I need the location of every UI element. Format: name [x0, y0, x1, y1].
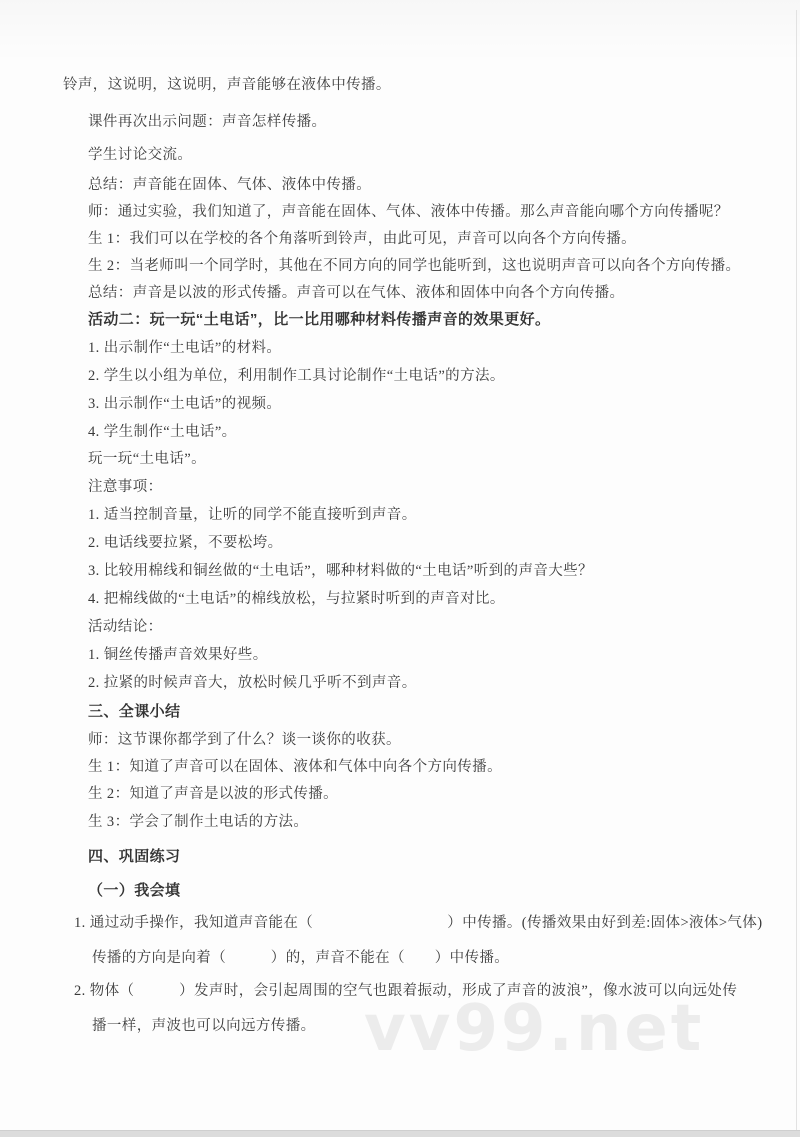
text-line: 生 2：知道了声音是以波的形式传播。: [88, 784, 338, 804]
text-line: 注意事项：: [88, 477, 163, 497]
text-line: 4. 把棉线做的“土电话”的棉线放松，与拉紧时听到的声音对比。: [88, 589, 505, 609]
text-line: 师：通过实验，我们知道了，声音能在固体、气体、液体中传播。那么声音能向哪个方向传…: [88, 202, 729, 222]
text-line: 活动结论：: [88, 617, 163, 637]
text-line: 2. 学生以小组为单位，利用制作工具讨论制作“土电话”的方法。: [88, 366, 505, 386]
text-line: 铃声，这说明，这说明，声音能够在液体中传播。: [63, 75, 391, 95]
text-line: 播一样，声波也可以向远方传播。: [92, 1016, 316, 1036]
text-line: 生 1：知道了声音可以在固体、液体和气体中向各个方向传播。: [88, 757, 502, 777]
page-right-edge: [796, 10, 797, 1132]
text-line: 课件再次出示问题：声音怎样传播。: [88, 112, 326, 132]
text-line: 3. 比较用棉线和铜丝做的“土电话”，哪种材料做的“土电话”听到的声音大些？: [88, 561, 593, 581]
page-bottom-edge: [0, 1130, 800, 1137]
scan-top-tint: [0, 0, 800, 62]
section-heading: 活动二：玩一玩“土电话”，比一比用哪种材料传播声音的效果更好。: [88, 310, 550, 330]
section-heading: 三、全课小结: [88, 702, 180, 722]
watermark: vv99.net: [364, 992, 704, 1066]
text-line: 生 1：我们可以在学校的各个角落听到铃声，由此可见，声音可以向各个方向传播。: [88, 229, 636, 249]
text-line: 3. 出示制作“土电话”的视频。: [88, 394, 281, 414]
text-line: 总结：声音能在固体、气体、液体中传播。: [88, 175, 371, 195]
text-line: 生 3：学会了制作土电话的方法。: [88, 812, 308, 832]
section-heading: 四、巩固练习: [88, 847, 180, 867]
text-line: 生 2：当老师叫一个同学时，其他在不同方向的同学也能听到，这也说明声音可以向各个…: [88, 256, 740, 276]
text-line: 4. 学生制作“土电话”。: [88, 422, 237, 442]
text-line: 2. 电话线要拉紧，不要松垮。: [88, 533, 283, 553]
text-line: 1. 适当控制音量，让听的同学不能直接听到声音。: [88, 505, 417, 525]
document-page: vv99.net 铃声，这说明，这说明，声音能够在液体中传播。课件再次出示问题：…: [0, 0, 800, 1137]
text-line: 学生讨论交流。: [88, 145, 192, 165]
text-line: 传播的方向是向着（ ）的，声音不能在（ ）中传播。: [92, 948, 509, 968]
text-line: 玩一玩“土电话”。: [88, 449, 206, 469]
text-line: 2. 拉紧的时候声音大，放松时候几乎听不到声音。: [88, 673, 417, 693]
section-heading: （一）我会填: [88, 881, 180, 901]
text-line: 总结：声音是以波的形式传播。声音可以在气体、液体和固体中向各个方向传播。: [88, 283, 624, 303]
text-line: 1. 通过动手操作，我知道声音能在（ ）中传播。(传播效果由好到差:固体>液体>…: [74, 913, 762, 933]
text-line: 师：这节课你都学到了什么？谈一谈你的收获。: [88, 730, 401, 750]
text-line: 2. 物体（ ）发声时，会引起周围的空气也跟着振动，形成了声音的波浪”，像水波可…: [74, 981, 737, 1001]
text-line: 1. 铜丝传播声音效果好些。: [88, 645, 268, 665]
text-line: 1. 出示制作“土电话”的材料。: [88, 338, 281, 358]
